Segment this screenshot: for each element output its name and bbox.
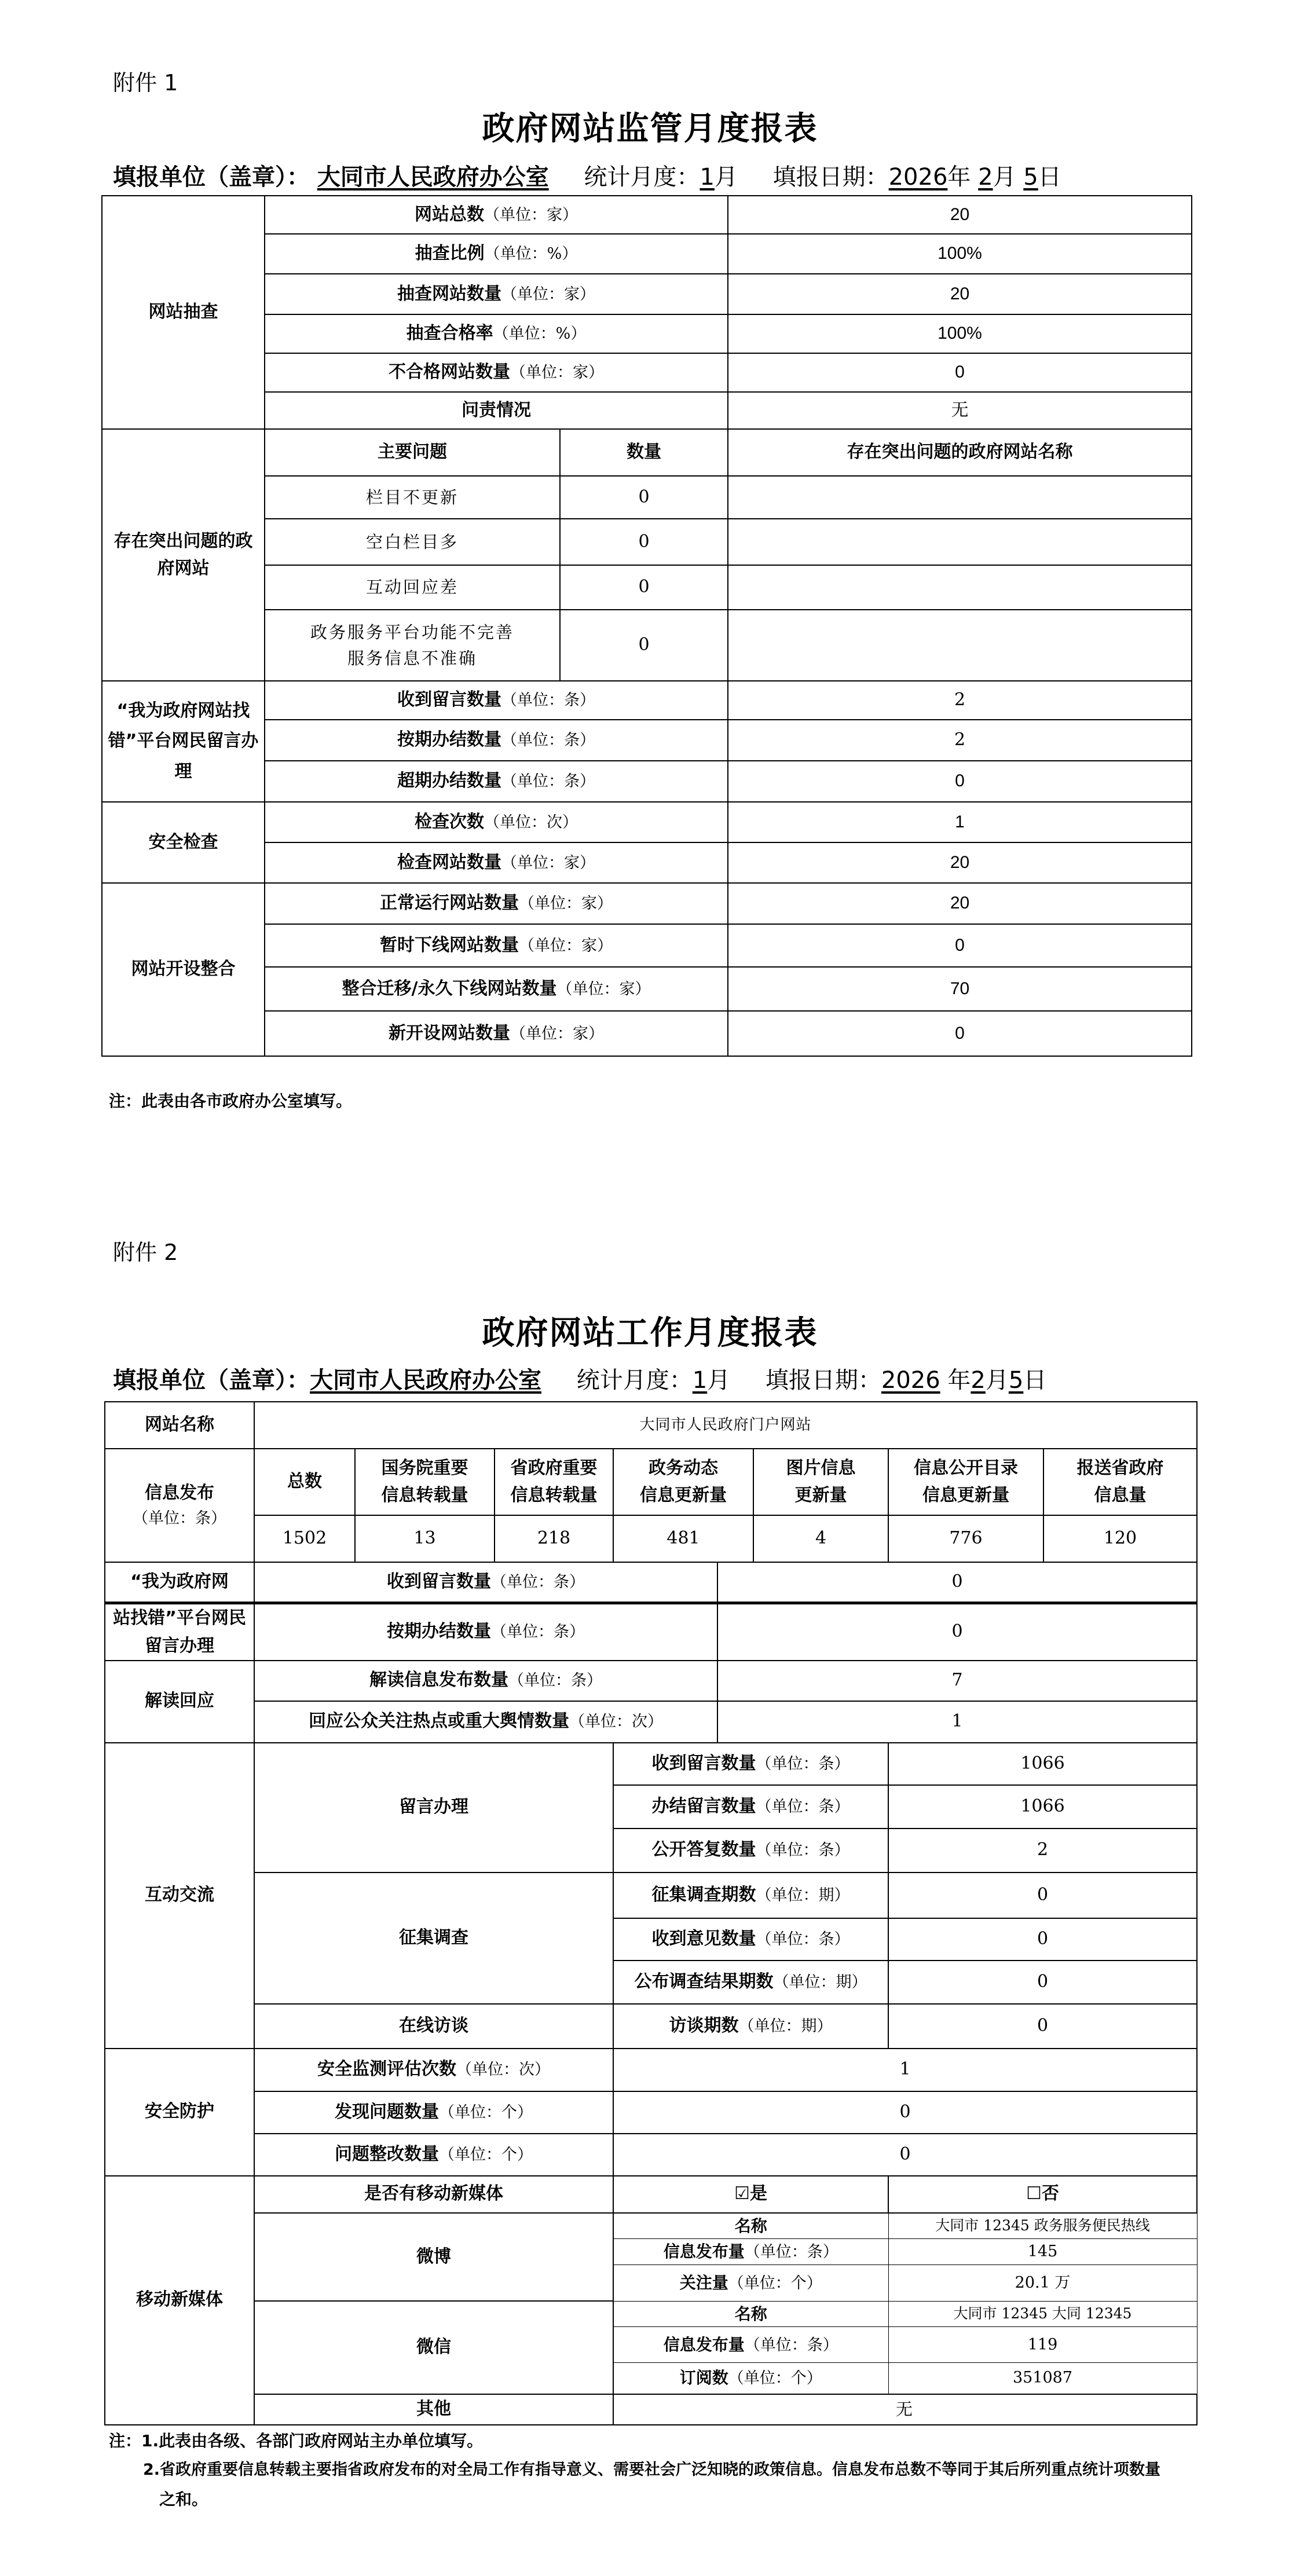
has-media-label: 是否有移动新媒体 [254,2176,613,2213]
row-value: 0 [888,2004,1197,2049]
row-value: 0 [728,1011,1192,1056]
row-label: 解读信息发布数量（单位：条） [254,1661,717,1701]
row-label: 抽查网站数量（单位：家） [265,274,728,314]
issue-label: 空白栏目多 [265,519,560,565]
section-mobile-media: 移动新媒体 [105,2176,254,2425]
issue-site-names [728,610,1192,681]
section-error-platform-part1: “我为政府网 [105,1562,254,1603]
row-label: 新开设网站数量（单位：家） [265,1011,728,1056]
row-value: 351087 [888,2363,1197,2394]
row-value: 20 [728,842,1192,883]
row-value: 1 [613,2049,1197,2091]
month-suffix: 月 [715,164,738,190]
row-value: 0 [888,1961,1197,2004]
row-value: 0 [728,924,1192,967]
month-char: 月 [986,1367,1009,1394]
year-suffix: 年 [947,164,971,190]
date-label: 填报日期： [766,1367,881,1394]
section-security: 安全防护 [105,2049,254,2176]
row-label: 公开答复数量（单位：条） [613,1829,888,1873]
group-survey: 征集调查 [254,1873,613,2004]
unit-value: 大同市人民政府办公室 [317,164,549,190]
issue-site-names [728,476,1192,519]
wechat-label: 微信 [254,2301,613,2394]
row-label: 整合迁移/永久下线网站数量（单位：家） [265,967,728,1011]
issue-count: 0 [560,519,728,565]
section-spot-check: 网站抽查 [102,196,265,429]
date-month: 2 [978,164,993,190]
row-label: 抽查比例（单位：%） [265,234,728,274]
row-value: 20 [728,196,1192,234]
section-info-publish: 信息发布（单位：条） [105,1449,254,1562]
date-label: 填报日期： [773,164,889,190]
issue-label: 互动回应差 [265,565,560,610]
issue-site-names [728,565,1192,610]
note-1: 注：此表由各市政府办公室填写。 [109,1089,352,1112]
issue-label: 政务服务平台功能不完善服务信息不准确 [265,610,560,681]
col-header-state-council: 国务院重要信息转载量 [355,1449,495,1515]
row-value: 145 [888,2238,1197,2264]
header-count: 数量 [560,429,728,476]
row-value: 20 [728,883,1192,924]
row-value: 70 [728,967,1192,1011]
month-char: 月 [993,164,1016,190]
yes-option[interactable]: ☑是 [613,2176,888,2213]
col-header-total: 总数 [254,1449,355,1515]
row-value: 2 [888,1829,1197,1873]
value-gov-news: 481 [613,1515,753,1562]
group-messages: 留言办理 [254,1743,613,1873]
row-label: 网站总数（单位：家） [265,196,728,234]
checkbox-checked-icon[interactable]: ☑ [734,2183,750,2204]
row-label: 超期办结数量（单位：条） [265,761,728,802]
report-meta-2: 填报单位（盖章）：大同市人民政府办公室 统计月度：1月 填报日期：2026 年2… [113,1362,1046,1395]
report-meta-1: 填报单位（盖章）： 大同市人民政府办公室 统计月度：1月 填报日期：2026年 … [113,159,1061,192]
month-label: 统计月度： [584,164,700,190]
row-label: 收到留言数量（单位：条） [265,681,728,720]
row-label: 按期办结数量（单位：条） [265,720,728,761]
row-value: 1 [728,802,1192,842]
section-error-platform-part2: 站找错”平台网民留言办理 [105,1603,254,1661]
unit-label: 填报单位（盖章）： [113,1367,310,1394]
header-issue: 主要问题 [265,429,560,476]
row-value: 2 [728,720,1192,761]
month-suffix: 月 [707,1367,730,1394]
unit-label: 填报单位（盖章）： [113,164,310,190]
month-label: 统计月度： [577,1367,693,1394]
value-disclosure: 776 [888,1515,1043,1562]
row-label: 回应公众关注热点或重大舆情数量（单位：次） [254,1701,717,1743]
row-value: 7 [717,1661,1197,1701]
col-header-gov-news: 政务动态信息更新量 [613,1449,753,1515]
attachment-label-1: 附件 1 [113,65,178,97]
row-label: 检查网站数量（单位：家） [265,842,728,883]
section-problem-sites: 存在突出问题的政府网站 [102,429,265,681]
issue-count: 0 [560,565,728,610]
row-label: 按期办结数量（单位：条） [254,1603,717,1661]
row-value: 1 [717,1701,1197,1743]
row-value: 0 [728,761,1192,802]
wechat-name-label: 名称 [613,2301,888,2326]
section-interaction: 互动交流 [105,1743,254,2049]
row-value: 0 [613,2091,1197,2134]
row-value: 100% [728,314,1192,353]
weibo-name-label: 名称 [613,2213,888,2239]
col-header-report-province: 报送省政府信息量 [1043,1449,1197,1515]
value-picture: 4 [753,1515,888,1562]
date-year: 2026 [889,164,948,190]
value-province: 218 [495,1515,613,1562]
other-label: 其他 [254,2394,613,2425]
row-value: 1066 [888,1743,1197,1785]
unit-value: 大同市人民政府办公室 [310,1367,541,1394]
row-value: 0 [717,1562,1197,1603]
col-header-picture: 图片信息更新量 [753,1449,888,1515]
row-label: 正常运行网站数量（单位：家） [265,883,728,924]
work-table: 网站名称 大同市人民政府门户网站 信息发布（单位：条） 总数 国务院重要信息转载… [104,1401,1198,2425]
issue-label: 栏目不更新 [265,476,560,519]
date-year: 2026 [881,1367,940,1394]
row-value: 100% [728,234,1192,274]
day-suffix: 日 [1023,1367,1046,1394]
attachment-label-2: 附件 2 [113,1234,178,1266]
row-label: 暂时下线网站数量（单位：家） [265,924,728,967]
row-label: 发现问题数量（单位：个） [254,2091,613,2134]
value-total: 1502 [254,1515,355,1562]
row-value: 无 [728,392,1192,429]
row-value: 1066 [888,1785,1197,1829]
row-label: 公布调查结果期数（单位：期） [613,1961,888,2004]
month-value: 1 [700,164,714,190]
row-value: 0 [888,1918,1197,1961]
row-value: 119 [888,2327,1197,2363]
row-label: 抽查合格率（单位：%） [265,314,728,353]
year-suffix: 年 [947,1367,971,1394]
row-label: 征集调查期数（单位：期） [613,1873,888,1918]
issue-count: 0 [560,476,728,519]
report-title-1: 政府网站监管月度报表 [0,103,1300,149]
value-report-province: 120 [1043,1515,1197,1562]
supervision-table: 网站抽查 网站总数（单位：家） 20 抽查比例（单位：%） 100% 抽查网站数… [101,195,1192,1057]
col-header-province: 省政府重要信息转载量 [495,1449,613,1515]
month-value: 1 [693,1367,707,1394]
row-label: 问题整改数量（单位：个） [254,2134,613,2176]
row-label: 收到留言数量（单位：条） [613,1743,888,1785]
site-name-label: 网站名称 [105,1402,254,1449]
note-2-line1: 注：1.此表由各级、各部门政府网站主办单位填写。 [109,2428,483,2452]
section-error-platform: “我为政府网站找错”平台网民留言办理 [102,681,265,802]
section-integration: 网站开设整合 [102,883,265,1056]
row-value: 0 [613,2134,1197,2176]
note-2-line3: 之和。 [159,2487,208,2510]
header-site-names: 存在突出问题的政府网站名称 [728,429,1192,476]
other-value: 无 [613,2394,1197,2425]
row-label: 访谈期数（单位：期） [613,2004,888,2049]
row-value: 0 [717,1603,1197,1661]
checkbox-empty-icon[interactable]: ☐ [1026,2183,1042,2204]
weibo-name-value: 大同市 12345 政务服务便民热线 [888,2213,1197,2239]
row-label: 信息发布量（单位：条） [613,2238,888,2264]
row-label: 问责情况 [265,392,728,429]
row-label: 收到留言数量（单位：条） [254,1562,717,1603]
row-label: 检查次数（单位：次） [265,802,728,842]
row-label: 订阅数（单位：个） [613,2363,888,2394]
no-option[interactable]: ☐否 [888,2176,1197,2213]
row-label: 信息发布量（单位：条） [613,2327,888,2363]
row-label: 收到意见数量（单位：条） [613,1918,888,1961]
row-value: 2 [728,681,1192,720]
wechat-name-value: 大同市 12345 大同 12345 [888,2301,1197,2326]
col-header-disclosure: 信息公开目录信息更新量 [888,1449,1043,1515]
row-value: 0 [888,1873,1197,1918]
weibo-label: 微博 [254,2213,613,2302]
row-value: 0 [728,353,1192,392]
section-security-check: 安全检查 [102,802,265,883]
date-day: 5 [1009,1367,1023,1394]
group-online-interview: 在线访谈 [254,2004,613,2049]
row-value: 20.1 万 [888,2264,1197,2301]
value-state-council: 13 [355,1515,495,1562]
site-name-value: 大同市人民政府门户网站 [254,1402,1197,1449]
date-month: 2 [971,1367,985,1394]
issue-count: 0 [560,610,728,681]
day-suffix: 日 [1038,164,1061,190]
row-label: 关注量（单位：个） [613,2264,888,2301]
row-value: 20 [728,274,1192,314]
row-label: 安全监测评估次数（单位：次） [254,2049,613,2091]
report-title-2: 政府网站工作月度报表 [0,1307,1300,1354]
date-day: 5 [1023,164,1038,190]
row-label: 办结留言数量（单位：条） [613,1785,888,1829]
section-interpretation: 解读回应 [105,1661,254,1743]
issue-site-names [728,519,1192,565]
note-2-line2: 2.省政府重要信息转载主要指省政府发布的对全局工作有指导意义、需要社会广泛知晓的… [143,2457,1160,2479]
row-label: 不合格网站数量（单位：家） [265,353,728,392]
